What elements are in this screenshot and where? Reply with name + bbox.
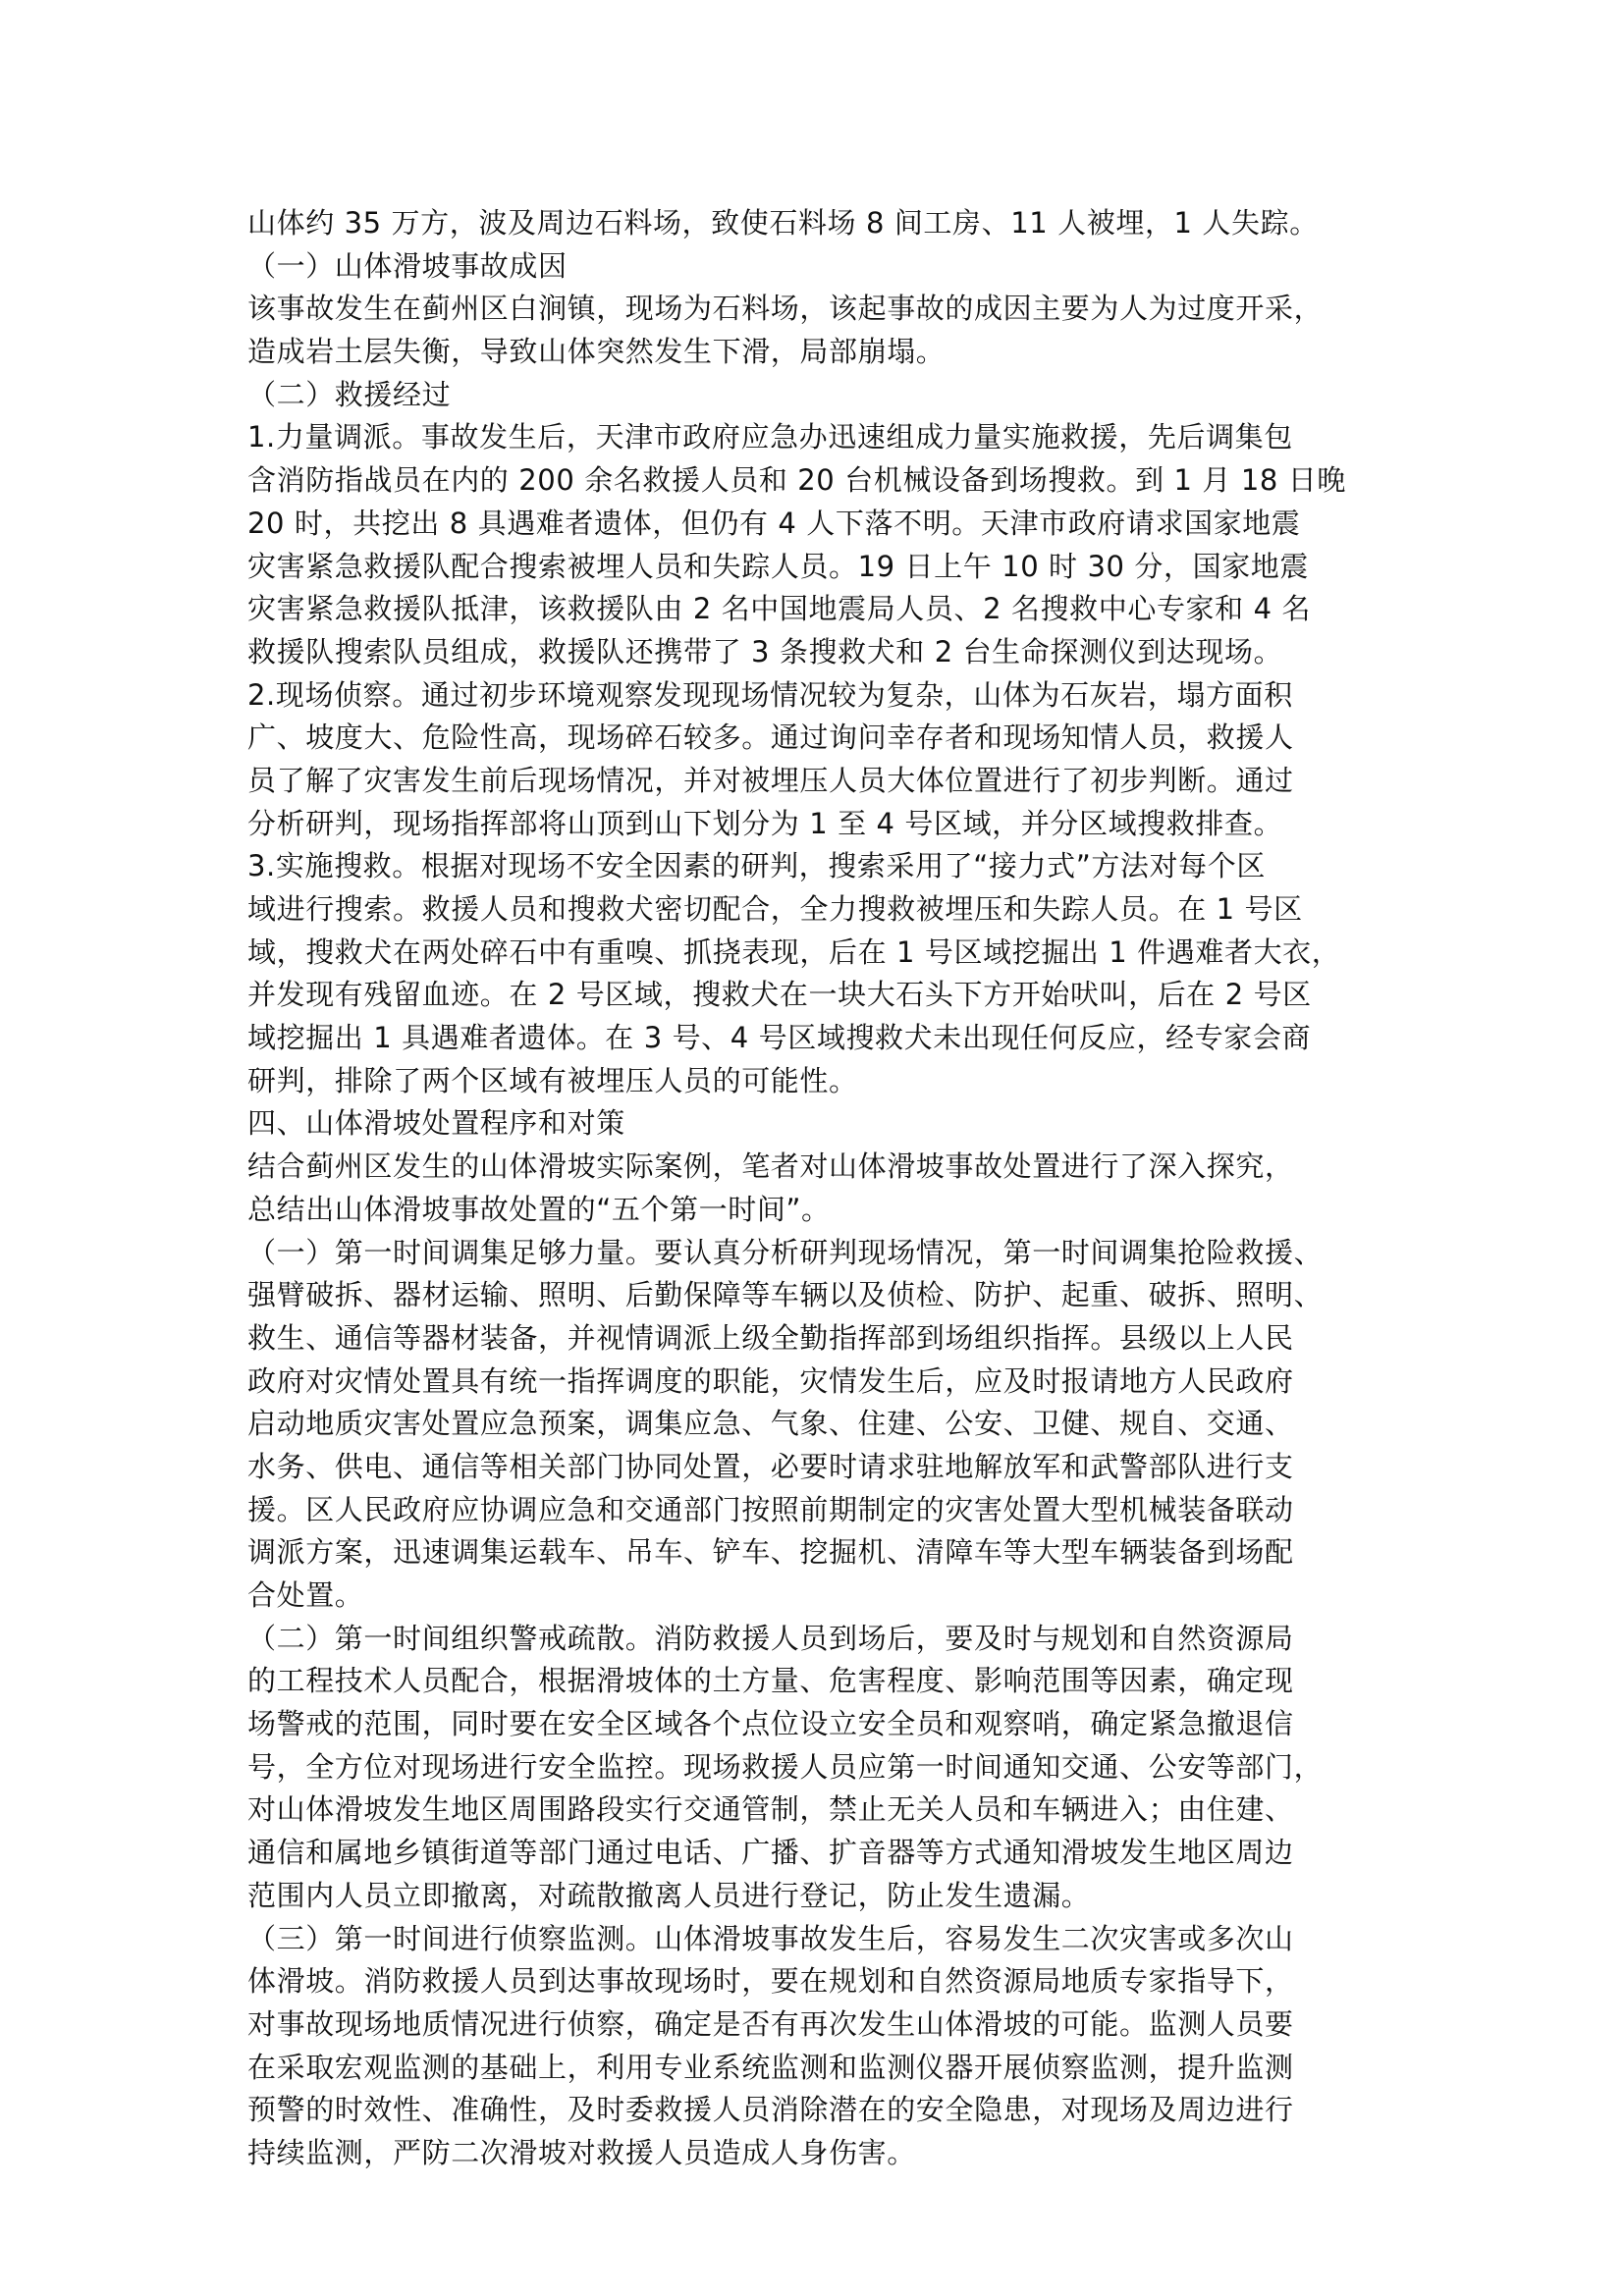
text-line: 启动地质灾害处置应急预案，调集应急、气象、住建、公安、卫健、规自、交通、 <box>247 1403 1406 1446</box>
text-line: 研判，排除了两个区域有被埋压人员的可能性。 <box>247 1060 1406 1103</box>
text-line: （三）第一时间进行侦察监测。山体滑坡事故发生后，容易发生二次灾害或多次山 <box>247 1918 1406 1961</box>
text-line: 1.力量调派。事故发生后，天津市政府应急办迅速组成力量实施救援，先后调集包 <box>247 416 1406 459</box>
text-line: 场警戒的范围，同时要在安全区域各个点位设立安全员和观察哨，确定紧急撤退信 <box>247 1703 1406 1746</box>
text-line: 合处置。 <box>247 1575 1406 1618</box>
section-heading-procedures: 四、山体滑坡处置程序和对策 <box>247 1102 1406 1146</box>
text-line: 并发现有残留血迹。在 2 号区域，搜救犬在一块大石头下方开始吠叫，后在 2 号区 <box>247 974 1406 1017</box>
text-line: 调派方案，迅速调集运载车、吊车、铲车、挖掘机、清障车等大型车辆装备到场配 <box>247 1531 1406 1575</box>
text-line: 强臂破拆、器材运输、照明、后勤保障等车辆以及侦检、防护、起重、破拆、照明、 <box>247 1274 1406 1317</box>
text-line: 救援队搜索队员组成，救援队还携带了 3 条搜救犬和 2 台生命探测仪到达现场。 <box>247 631 1406 674</box>
text-line: 员了解了灾害发生前后现场情况，并对被埋压人员大体位置进行了初步判断。通过 <box>247 760 1406 803</box>
text-line: 结合蓟州区发生的山体滑坡实际案例，笔者对山体滑坡事故处置进行了深入探究， <box>247 1146 1406 1189</box>
text-line: 在采取宏观监测的基础上，利用专业系统监测和监测仪器开展侦察监测，提升监测 <box>247 2047 1406 2090</box>
text-line: 援。区人民政府应协调应急和交通部门按照前期制定的灾害处置大型机械装备联动 <box>247 1489 1406 1532</box>
text-line: 20 时，共挖出 8 具遇难者遗体，但仍有 4 人下落不明。天津市政府请求国家地… <box>247 503 1406 546</box>
text-line: 域挖掘出 1 具遇难者遗体。在 3 号、4 号区域搜救犬未出现任何反应，经专家会… <box>247 1017 1406 1060</box>
text-line: 持续监测，严防二次滑坡对救援人员造成人身伤害。 <box>247 2132 1406 2175</box>
text-line: 广、坡度大、危险性高，现场碎石较多。通过询问幸存者和现场知情人员，救援人 <box>247 717 1406 760</box>
text-line: 域进行搜索。救援人员和搜救犬密切配合，全力搜救被埋压和失踪人员。在 1 号区 <box>247 888 1406 932</box>
document-page: 山体约 35 万方，波及周边石料场，致使石料场 8 间工房、11 人被埋，1 人… <box>247 202 1406 2175</box>
text-line: （二）第一时间组织警戒疏散。消防救援人员到场后，要及时与规划和自然资源局 <box>247 1618 1406 1661</box>
text-line: 预警的时效性、准确性，及时委救援人员消除潜在的安全隐患，对现场及周边进行 <box>247 2089 1406 2132</box>
text-line: 的工程技术人员配合，根据滑坡体的土方量、危害程度、影响范围等因素，确定现 <box>247 1660 1406 1703</box>
text-line: 体滑坡。消防救援人员到达事故现场时，要在规划和自然资源局地质专家指导下， <box>247 1960 1406 2003</box>
text-line: 山体约 35 万方，波及周边石料场，致使石料场 8 间工房、11 人被埋，1 人… <box>247 202 1406 245</box>
text-line: 总结出山体滑坡事故处置的“五个第一时间”。 <box>247 1189 1406 1232</box>
text-line: 通信和属地乡镇街道等部门通过电话、广播、扩音器等方式通知滑坡发生地区周边 <box>247 1832 1406 1875</box>
text-line: 2.现场侦察。通过初步环境观察发现现场情况较为复杂，山体为石灰岩，塌方面积 <box>247 674 1406 718</box>
text-line: 水务、供电、通信等相关部门协同处置，必要时请求驻地解放军和武警部队进行支 <box>247 1446 1406 1489</box>
text-line: 对山体滑坡发生地区周围路段实行交通管制，禁止无关人员和车辆进入；由住建、 <box>247 1789 1406 1832</box>
section-heading-rescue-process: （二）救援经过 <box>247 374 1406 417</box>
section-heading-causes: （一）山体滑坡事故成因 <box>247 245 1406 289</box>
text-line: 号，全方位对现场进行安全监控。现场救援人员应第一时间通知交通、公安等部门， <box>247 1746 1406 1789</box>
text-line: 政府对灾情处置具有统一指挥调度的职能，灾情发生后，应及时报请地方人民政府 <box>247 1361 1406 1404</box>
text-line: （一）第一时间调集足够力量。要认真分析研判现场情况，第一时间调集抢险救援、 <box>247 1232 1406 1275</box>
text-line: 救生、通信等器材装备，并视情调派上级全勤指挥部到场组织指挥。县级以上人民 <box>247 1317 1406 1361</box>
text-line: 范围内人员立即撤离，对疏散撤离人员进行登记，防止发生遗漏。 <box>247 1875 1406 1918</box>
text-line: 灾害紧急救援队抵津，该救援队由 2 名中国地震局人员、2 名搜救中心专家和 4 … <box>247 588 1406 631</box>
text-line: 灾害紧急救援队配合搜索被埋人员和失踪人员。19 日上午 10 时 30 分，国家… <box>247 546 1406 589</box>
text-line: 该事故发生在蓟州区白涧镇，现场为石料场，该起事故的成因主要为人为过度开采， <box>247 288 1406 331</box>
text-line: 含消防指战员在内的 200 余名救援人员和 20 台机械设备到场搜救。到 1 月… <box>247 459 1406 503</box>
text-line: 3.实施搜救。根据对现场不安全因素的研判，搜索采用了“接力式”方法对每个区 <box>247 845 1406 888</box>
text-line: 造成岩土层失衡，导致山体突然发生下滑，局部崩塌。 <box>247 331 1406 374</box>
text-line: 分析研判，现场指挥部将山顶到山下划分为 1 至 4 号区域，并分区域搜救排查。 <box>247 803 1406 846</box>
text-line: 对事故现场地质情况进行侦察，确定是否有再次发生山体滑坡的可能。监测人员要 <box>247 2003 1406 2047</box>
text-line: 域，搜救犬在两处碎石中有重嗅、抓挠表现，后在 1 号区域挖掘出 1 件遇难者大衣… <box>247 932 1406 975</box>
